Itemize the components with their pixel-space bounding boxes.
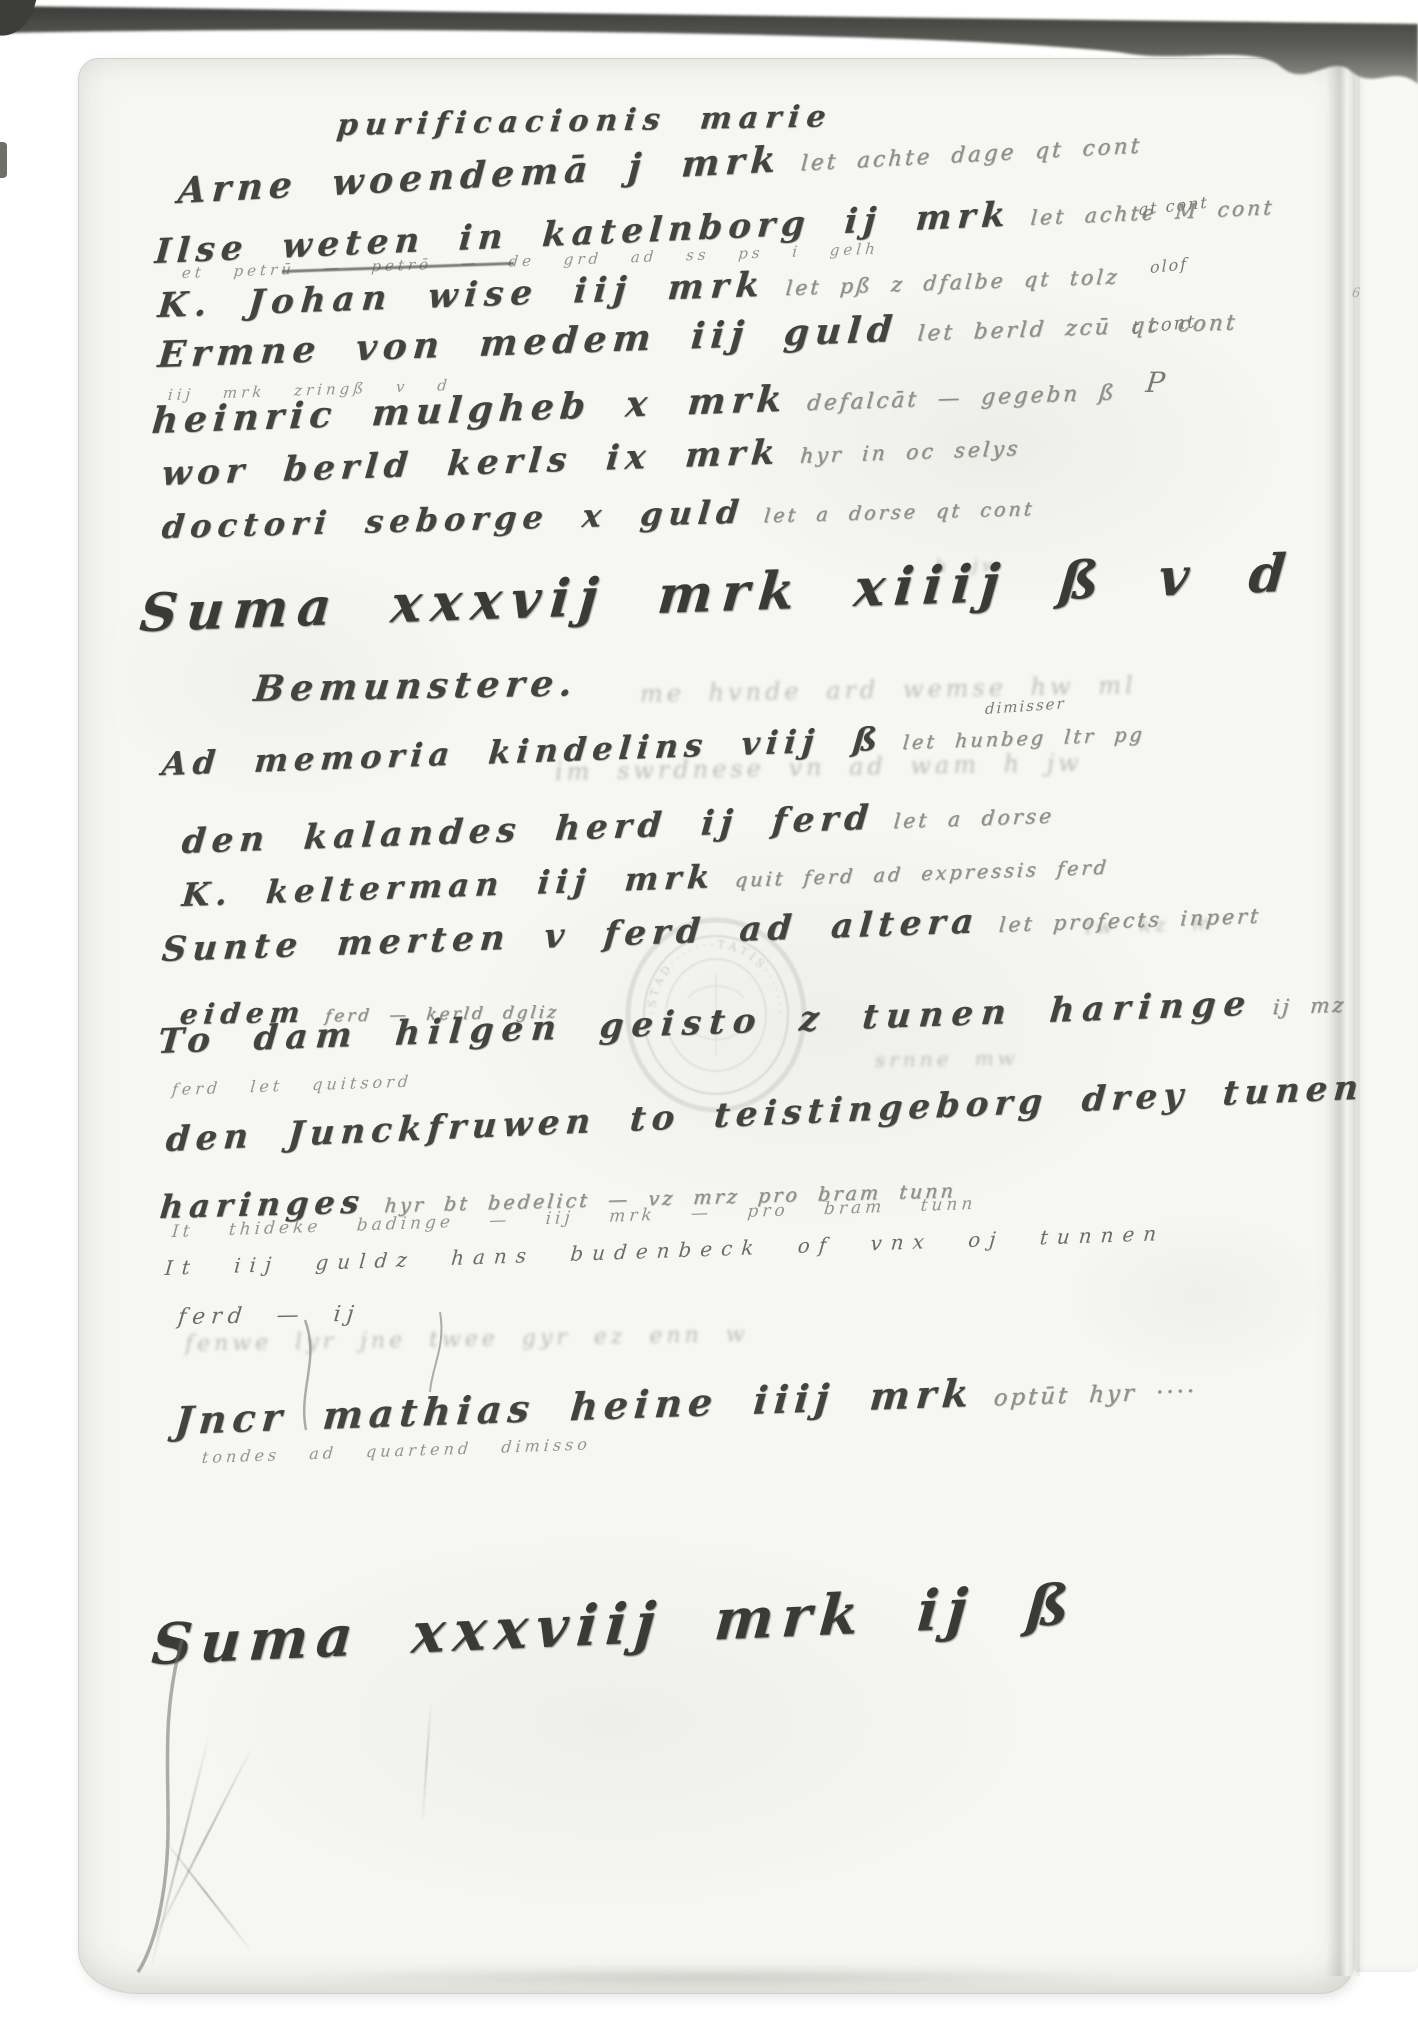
line-annotation: let a dorse bbox=[893, 804, 1056, 834]
line-annotation: let a dorse qt cont bbox=[763, 497, 1036, 527]
left-edge-mark bbox=[0, 142, 7, 178]
section-title: Bemunstere. bbox=[252, 662, 580, 710]
pen-flourish bbox=[120, 1300, 520, 1980]
torn-top-edge bbox=[0, 0, 1418, 100]
line-annotation: let profects inpert bbox=[998, 904, 1262, 937]
line-annotation: hyr in oc selys bbox=[799, 436, 1021, 468]
line-annotation: optūt hyr ···· bbox=[993, 1378, 1198, 1411]
margin-note: 6 bbox=[1351, 286, 1363, 301]
margin-note: P bbox=[1144, 366, 1168, 399]
margin-note: olof bbox=[1150, 254, 1188, 277]
line-annotation: let hunbeg ltr pg bbox=[902, 723, 1146, 755]
adjacent-page-edge bbox=[1352, 64, 1418, 1972]
line-annotation: ij mz bbox=[1272, 992, 1347, 1019]
section-heading: Bemunstere. bbox=[252, 662, 580, 710]
manuscript-scan: · S T A D · · · · · · · T A T I S · · · … bbox=[0, 0, 1418, 2027]
bleedthrough-text: srnne mw bbox=[875, 1045, 1019, 1072]
